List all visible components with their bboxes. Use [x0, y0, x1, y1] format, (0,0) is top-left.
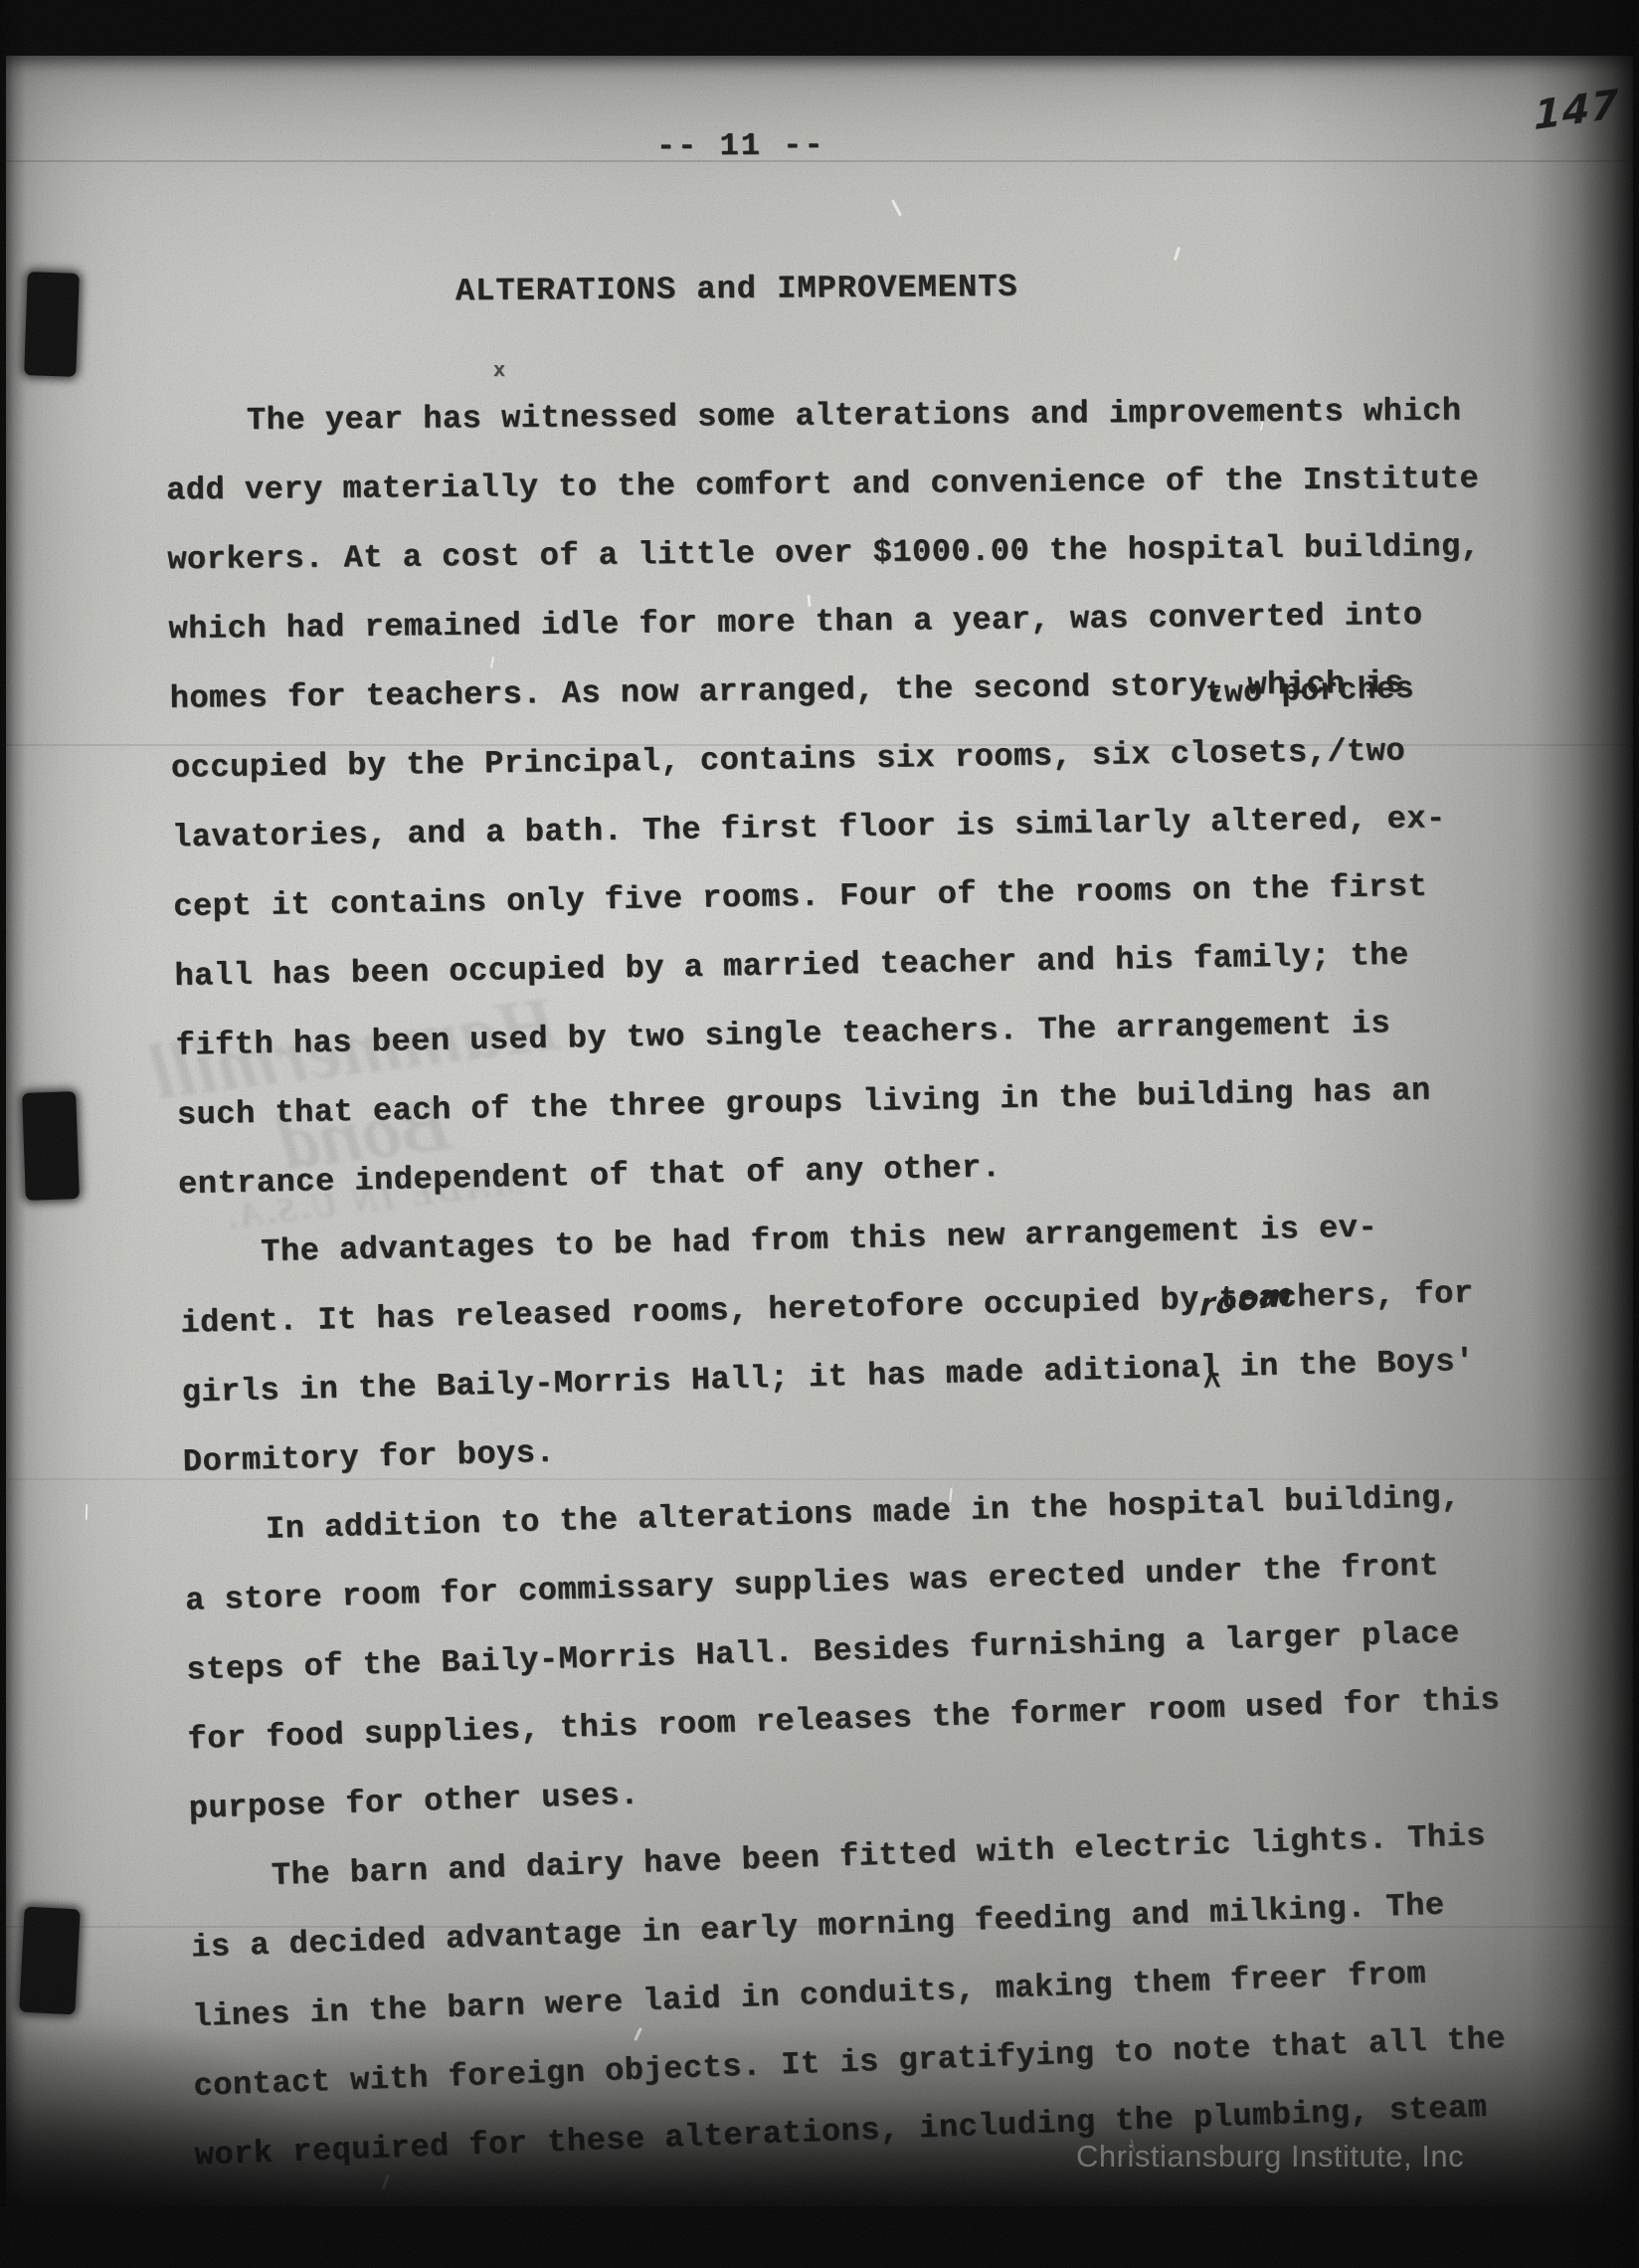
- typed-insertion-two-porches: two porches: [1205, 672, 1415, 712]
- section-title: ALTERATIONS and IMPROVEMENTS: [455, 269, 1018, 309]
- binder-hole-mark: [22, 1091, 80, 1201]
- binder-hole-mark: [19, 1907, 80, 2015]
- scanned-document-page: Hammermill Bond MADE IN U.S.A. -- 11 -- …: [0, 0, 1639, 2268]
- scan-border-top: [0, 0, 1639, 56]
- typed-page-number: -- 11 --: [656, 126, 825, 164]
- binder-hole-mark: [24, 272, 80, 377]
- typed-body-text: The year has witnessed some alterations …: [0, 388, 1639, 2198]
- stray-typed-mark: x: [493, 360, 505, 383]
- scan-border-bottom: [0, 2206, 1639, 2268]
- insertion-caret-mark: ^: [1202, 1371, 1221, 1406]
- digitization-watermark: Christiansburg Institute, Inc: [1076, 2139, 1464, 2174]
